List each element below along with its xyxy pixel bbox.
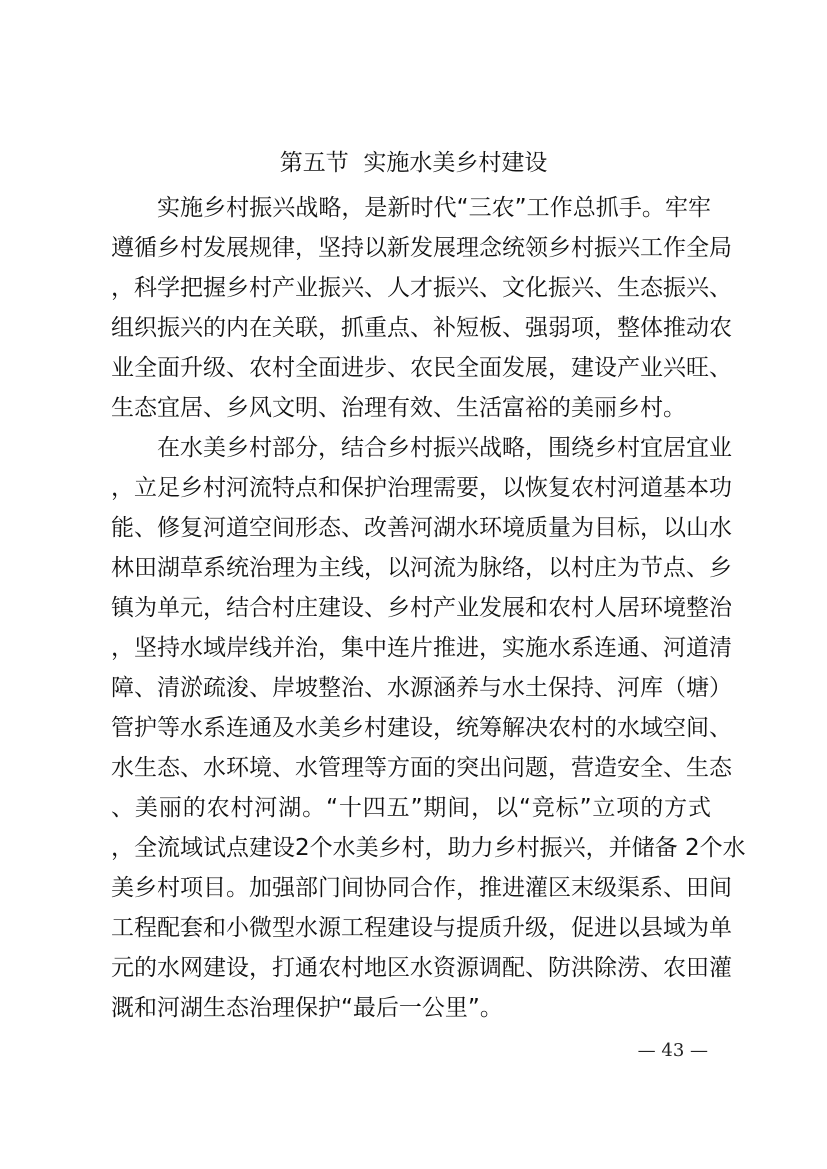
section-number: 第五节 — [280, 150, 349, 176]
text-line: 障、清淤疏浚、岸坡整治、水源涵养与水土保持、河库（塘） — [111, 668, 711, 708]
text-line: 元的水网建设，打通农村地区水资源调配、防洪除涝、农田灌 — [111, 948, 711, 988]
text-line: 工程配套和小微型水源工程建设与提质升级，促进以县域为单 — [111, 908, 711, 948]
text-line: 能、修复河道空间形态、改善河湖水环境质量为目标，以山水 — [111, 508, 711, 548]
text-line: 林田湖草系统治理为主线，以河流为脉络，以村庄为节点、乡 — [111, 548, 711, 588]
text-line: 镇为单元，结合村庄建设、乡村产业发展和农村人居环境整治 — [111, 588, 711, 628]
text-line: 在水美乡村部分，结合乡村振兴战略，围绕乡村宜居宜业 — [111, 428, 711, 468]
paragraph-2: 在水美乡村部分，结合乡村振兴战略，围绕乡村宜居宜业 ，立足乡村河流特点和保护治理… — [111, 428, 711, 1028]
text-line: 遵循乡村发展规律，坚持以新发展理念统领乡村振兴工作全局 — [111, 228, 711, 268]
section-title-text: 实施水美乡村建设 — [363, 150, 547, 176]
text-line: 生态宜居、乡风文明、治理有效、生活富裕的美丽乡村。 — [111, 388, 711, 428]
text-line: 管护等水系连通及水美乡村建设，统筹解决农村的水域空间、 — [111, 708, 711, 748]
text-line: ，立足乡村河流特点和保护治理需要，以恢复农村河道基本功 — [111, 468, 711, 508]
text-line: ，科学把握乡村产业振兴、人才振兴、文化振兴、生态振兴、 — [111, 268, 711, 308]
text-line: ，坚持水域岸线并治，集中连片推进，实施水系连通、河道清 — [111, 628, 711, 668]
page-number: — 43 — — [628, 1040, 708, 1061]
title-gap — [349, 150, 364, 176]
text-line: 组织振兴的内在关联，抓重点、补短板、强弱项，整体推动农 — [111, 308, 711, 348]
paragraph-1: 实施乡村振兴战略，是新时代“三农”工作总抓手。牢牢 遵循乡村发展规律，坚持以新发… — [111, 188, 711, 428]
text-line: 实施乡村振兴战略，是新时代“三农”工作总抓手。牢牢 — [111, 188, 711, 228]
text-line: 、美丽的农村河湖。“十四五”期间，以“竞标”立项的方式 — [111, 788, 711, 828]
text-line: 溉和河湖生态治理保护“最后一公里”。 — [111, 988, 711, 1028]
text-line: ，全流域试点建设2个水美乡村，助力乡村振兴，并储备 2个水 — [111, 828, 711, 868]
document-body: 实施乡村振兴战略，是新时代“三农”工作总抓手。牢牢 遵循乡村发展规律，坚持以新发… — [111, 188, 711, 1028]
text-line: 业全面升级、农村全面进步、农民全面发展，建设产业兴旺、 — [111, 348, 711, 388]
section-title: 第五节 实施水美乡村建设 — [0, 146, 827, 180]
text-line: 美乡村项目。加强部门间协同合作，推进灌区末级渠系、田间 — [111, 868, 711, 908]
text-line: 水生态、水环境、水管理等方面的突出问题，营造安全、生态 — [111, 748, 711, 788]
